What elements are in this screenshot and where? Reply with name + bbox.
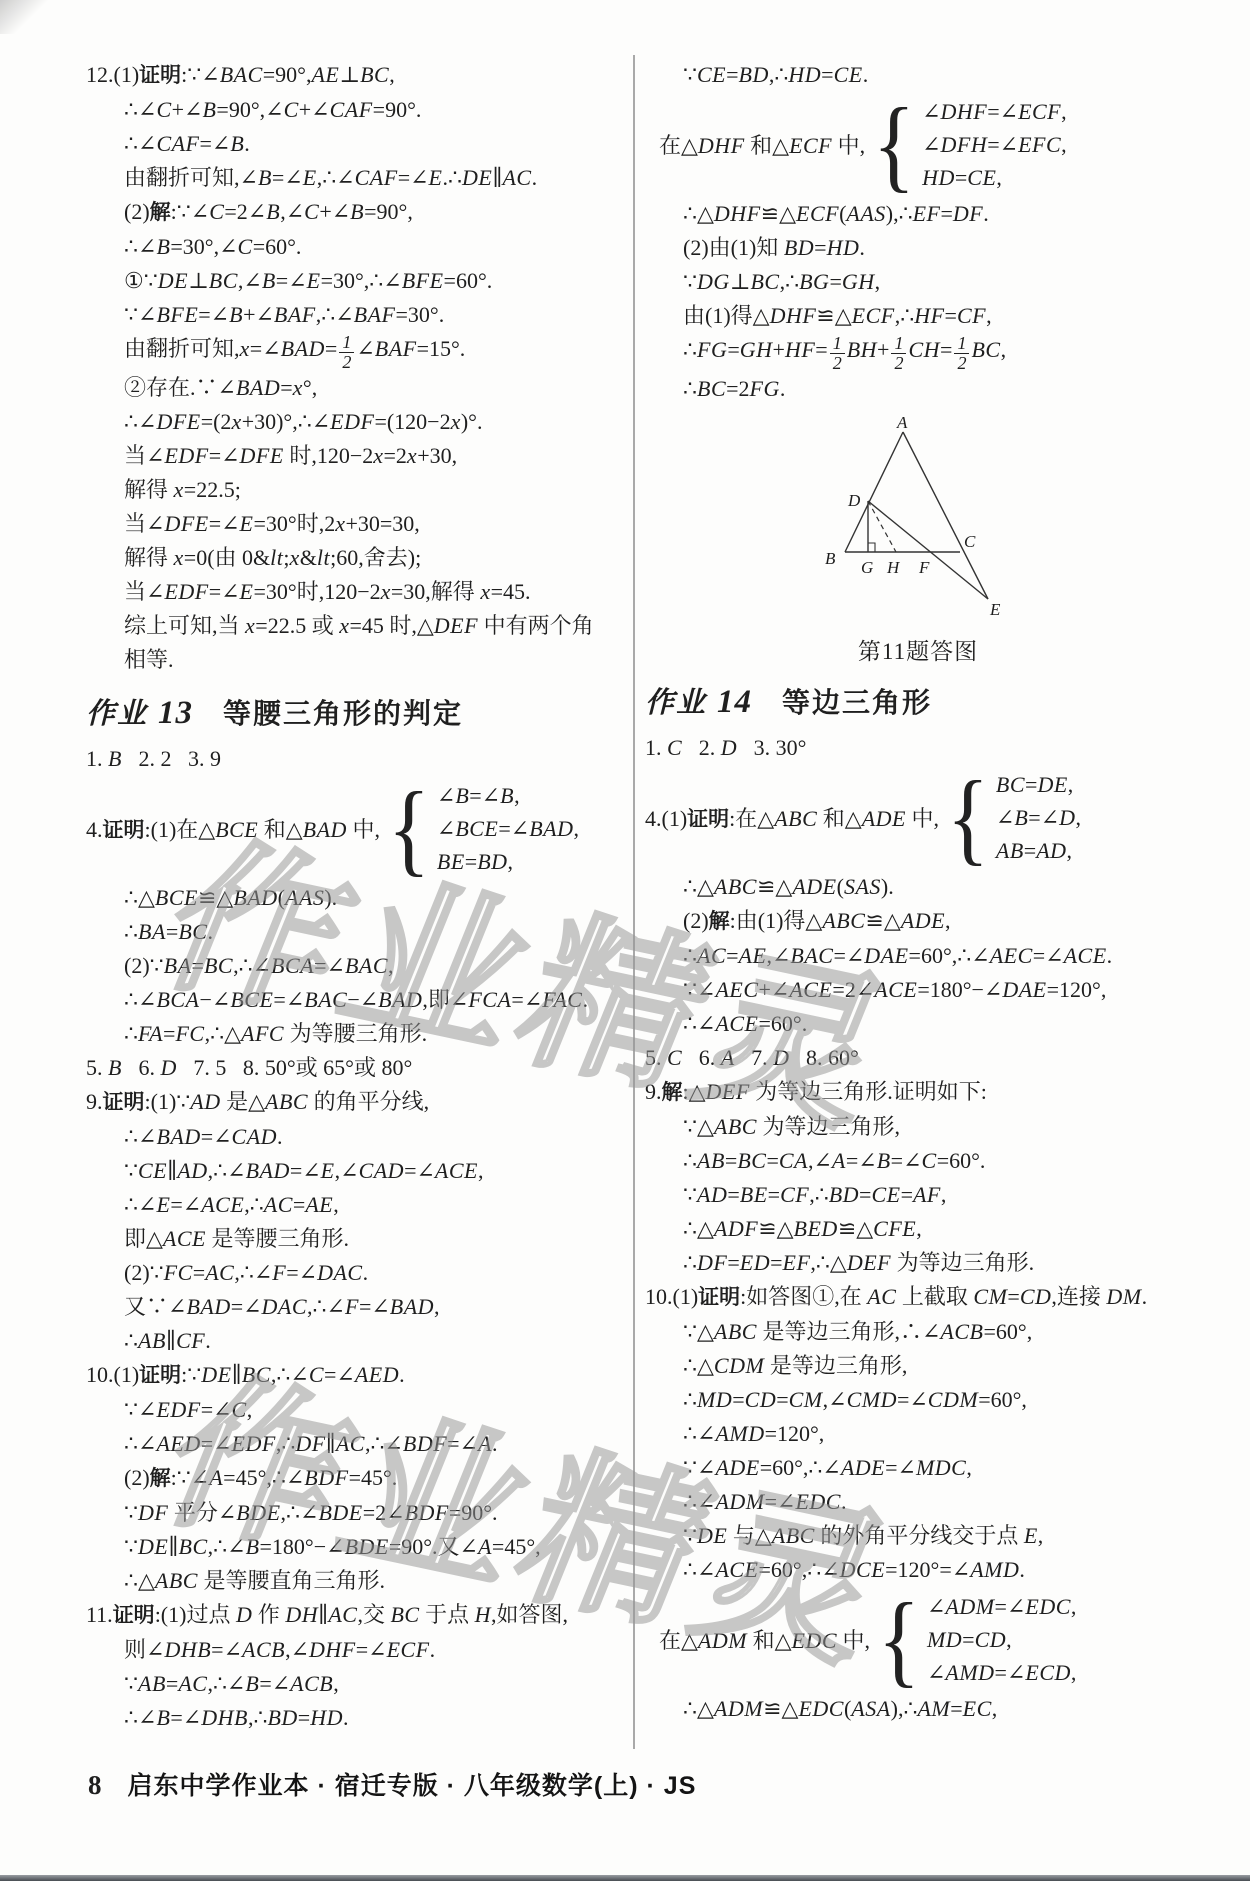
equation-system-intro: 4.(1)证明:在△ABC 和△ADE 中, bbox=[645, 802, 939, 833]
answer-line: ∴AC=AE,∠BAC=∠DAE=60°,∴∠AEC=∠ACE. bbox=[683, 939, 1235, 973]
answer-line: ∵AB=AC,∴∠B=∠ACB, bbox=[124, 1667, 566, 1701]
system-condition: ∠B=∠B, bbox=[437, 779, 579, 812]
answer-line: ∵DG⊥BC,∴BG=GH, bbox=[683, 265, 1235, 299]
answer-line: ∵△ABC 为等边三角形, bbox=[683, 1110, 1235, 1144]
system-condition: ∠DFH=∠EFC, bbox=[922, 128, 1067, 161]
right-angle-mark bbox=[868, 543, 875, 552]
system-condition: ∠B=∠D, bbox=[996, 801, 1081, 834]
section-title: 等边三角形 bbox=[782, 687, 932, 718]
section-number: 13 bbox=[158, 695, 193, 731]
answer-line: ∴∠AMD=120°, bbox=[683, 1417, 1235, 1451]
answer-line: 由(1)得△DHF≌△ECF,∴HF=CF, bbox=[683, 299, 1235, 333]
answer-line: 9.解:△DEF 为等边三角形.证明如下: bbox=[645, 1075, 1235, 1110]
answer-line: ∴∠AED=∠EDF,∴DF∥AC,∴∠BDF=∠A. bbox=[124, 1427, 566, 1461]
system-condition: MD=CD, bbox=[927, 1623, 1076, 1656]
right-column: ∵CE=BD,∴HD=CE.在△DHF 和△ECF 中,{∠DHF=∠ECF,∠… bbox=[645, 58, 1235, 1726]
answer-line: 综上可知,当 x=22.5 或 x=45 时,△DEF 中有两个角 bbox=[124, 609, 566, 643]
left-brace: { bbox=[878, 1593, 920, 1687]
equation-system: 4.(1)证明:在△ABC 和△ADE 中,{BC=DE,∠B=∠D,AB=AD… bbox=[645, 768, 1235, 867]
answer-line: 1. B 2. 2 3. 9 bbox=[86, 742, 566, 776]
answer-line: ∴BA=BC. bbox=[124, 915, 566, 949]
answer-line: ∵DE∥BC,∴∠B=180°−∠BDE=90°.又∠A=45°, bbox=[124, 1530, 566, 1564]
system-condition: BC=DE, bbox=[996, 768, 1081, 801]
figure-wrap: ABCDGHFE bbox=[823, 414, 1235, 631]
answer-line: ∴△ABC≌△ADE(SAS). bbox=[683, 870, 1235, 904]
left-brace: { bbox=[947, 771, 989, 865]
photo-corner-smudge bbox=[0, 0, 56, 34]
answer-line: 又∵∠BAD=∠DAC,∴∠F=∠BAD, bbox=[124, 1290, 566, 1324]
answer-line: ∴DF=ED=EF,∴△DEF 为等边三角形. bbox=[683, 1246, 1235, 1280]
vertex-label-B: B bbox=[825, 549, 836, 568]
footer-title: 启东中学作业本 · 宿迁专版 · 八年级数学(上) · JS bbox=[128, 1766, 697, 1802]
vertex-label-D: D bbox=[847, 491, 861, 510]
answer-line: 10.(1)证明:如答图①,在 AC 上截取 CM=CD,连接 DM. bbox=[645, 1280, 1235, 1315]
system-condition: ∠DHF=∠ECF, bbox=[922, 95, 1067, 128]
answer-line: 则∠DHB=∠ACB,∠DHF=∠ECF. bbox=[124, 1633, 566, 1667]
answer-line: ∴△BCE≌△BAD(AAS). bbox=[124, 881, 566, 915]
workbook-answer-page: 12.(1)证明:∵∠BAC=90°,AE⊥BC,∴∠C+∠B=90°,∠C+∠… bbox=[0, 0, 1250, 1881]
system-condition: ∠AMD=∠ECD, bbox=[927, 1656, 1076, 1689]
answer-line: ∴∠DFE=(2x+30)°,∴∠EDF=(120−2x)°. bbox=[124, 405, 566, 439]
page-number: 8 bbox=[88, 1770, 102, 1801]
system-conditions: ∠B=∠B,∠BCE=∠BAD,BE=BD, bbox=[437, 779, 579, 878]
equation-system: 4.证明:(1)在△BCE 和△BAD 中,{∠B=∠B,∠BCE=∠BAD,B… bbox=[86, 779, 566, 878]
answer-line: 由翻折可知,∠B=∠E,∴∠CAF=∠E.∴DE∥AC. bbox=[124, 161, 566, 195]
system-conditions: ∠ADM=∠EDC,MD=CD,∠AMD=∠ECD, bbox=[927, 1590, 1076, 1689]
equation-system-intro: 4.证明:(1)在△BCE 和△BAD 中, bbox=[86, 813, 380, 844]
answer-line: 即△ACE 是等腰三角形. bbox=[124, 1222, 566, 1256]
answer-line: 当∠EDF=∠E=30°时,120−2x=30,解得 x=45. bbox=[124, 575, 566, 609]
answer-line: (2)解:由(1)得△ABC≌△ADE, bbox=[683, 904, 1235, 939]
left-column: 12.(1)证明:∵∠BAC=90°,AE⊥BC,∴∠C+∠B=90°,∠C+∠… bbox=[86, 58, 566, 1735]
system-condition: ∠BCE=∠BAD, bbox=[437, 812, 579, 845]
equation-system: 在△DHF 和△ECF 中,{∠DHF=∠ECF,∠DFH=∠EFC,HD=CE… bbox=[659, 95, 1235, 194]
answer-line: ∴BC=2FG. bbox=[683, 372, 1235, 406]
vertex-label-A: A bbox=[896, 414, 908, 432]
answer-line: ∴∠B=∠DHB,∴BD=HD. bbox=[124, 1701, 566, 1735]
answer-line: 由翻折可知,x=∠BAD=12∠BAF=15°. bbox=[124, 332, 566, 371]
answer-line: ∴AB=BC=CA,∠A=∠B=∠C=60°. bbox=[683, 1144, 1235, 1178]
equation-system-intro: 在△ADM 和△EDC 中, bbox=[659, 1624, 870, 1655]
answer-line: ∵∠EDF=∠C, bbox=[124, 1393, 566, 1427]
section-header: 作业14等边三角形 bbox=[645, 680, 1235, 721]
vertex-label-C: C bbox=[964, 532, 976, 551]
answer-line: 11.证明:(1)过点 D 作 DH∥AC,交 BC 于点 H,如答图, bbox=[86, 1598, 566, 1633]
answer-line: ∴FG=GH+HF=12BH+12CH=12BC, bbox=[683, 333, 1235, 372]
system-conditions: BC=DE,∠B=∠D,AB=AD, bbox=[996, 768, 1081, 867]
page-footer: 8 启东中学作业本 · 宿迁专版 · 八年级数学(上) · JS bbox=[88, 1766, 696, 1802]
section-label: 作业 bbox=[86, 698, 148, 730]
answer-line: 当∠EDF=∠DFE 时,120−2x=2x+30, bbox=[124, 439, 566, 473]
left-brace: { bbox=[388, 782, 430, 876]
system-condition: BE=BD, bbox=[437, 845, 579, 878]
answer-line: 相等. bbox=[124, 643, 566, 677]
vertex-label-F: F bbox=[918, 558, 930, 577]
answer-line: ∵DE 与△ABC 的外角平分线交于点 E, bbox=[683, 1519, 1235, 1553]
vertex-label-E: E bbox=[989, 600, 1001, 619]
answer-line: 12.(1)证明:∵∠BAC=90°,AE⊥BC, bbox=[86, 58, 566, 93]
system-condition: ∠ADM=∠EDC, bbox=[927, 1590, 1076, 1623]
answer-line: ∴AB∥CF. bbox=[124, 1324, 566, 1358]
equation-system: 在△ADM 和△EDC 中,{∠ADM=∠EDC,MD=CD,∠AMD=∠ECD… bbox=[659, 1590, 1235, 1689]
answer-line: ∴MD=CD=CM,∠CMD=∠CDM=60°, bbox=[683, 1383, 1235, 1417]
answer-line: ∴FA=FC,∴△AFC 为等腰三角形. bbox=[124, 1017, 566, 1051]
system-condition: HD=CE, bbox=[922, 161, 1067, 194]
system-condition: AB=AD, bbox=[996, 834, 1081, 867]
answer-line: ∵AD=BE=CF,∴BD=CE=AF, bbox=[683, 1178, 1235, 1212]
answer-line: ∴∠E=∠ACE,∴AC=AE, bbox=[124, 1188, 566, 1222]
answer-line: ∴∠ACE=60°. bbox=[683, 1007, 1235, 1041]
section-header: 作业13等腰三角形的判定 bbox=[86, 691, 566, 732]
answer-line: ∴∠B=30°,∠C=60°. bbox=[124, 230, 566, 264]
fraction-one-half: 12 bbox=[339, 333, 354, 371]
answer-line: (2)由(1)知 BD=HD. bbox=[683, 231, 1235, 265]
answer-line: ∴∠CAF=∠B. bbox=[124, 127, 566, 161]
fraction-one-half: 12 bbox=[954, 334, 969, 372]
answer-line: 5. B 6. D 7. 5 8. 50°或 65°或 80° bbox=[86, 1051, 566, 1085]
photo-bottom-edge bbox=[0, 1875, 1250, 1881]
answer-line: ∴∠ADM=∠EDC. bbox=[683, 1485, 1235, 1519]
fraction-one-half: 12 bbox=[891, 334, 906, 372]
answer-line: ∵DF 平分∠BDE,∴∠BDE=2∠BDF=90°. bbox=[124, 1496, 566, 1530]
answer-line: (2)解:∵∠C=2∠B,∠C+∠B=90°, bbox=[124, 195, 566, 230]
column-divider bbox=[633, 55, 635, 1749]
answer-line: (2)解:∵∠A=45°,∴∠BDF=45°. bbox=[124, 1461, 566, 1496]
answer-line: ②存在.∵∠BAD=x°, bbox=[124, 371, 566, 405]
answer-line: ∴∠C+∠B=90°,∠C+∠CAF=90°. bbox=[124, 93, 566, 127]
answer-line: ∴∠ACE=60°,∴∠DCE=120°=∠AMD. bbox=[683, 1553, 1235, 1587]
answer-line: ∵CE=BD,∴HD=CE. bbox=[683, 58, 1235, 92]
answer-line: ∵CE∥AD,∴∠BAD=∠E,∠CAD=∠ACE, bbox=[124, 1154, 566, 1188]
answer-line: 1. C 2. D 3. 30° bbox=[645, 731, 1235, 765]
vertex-label-G: G bbox=[861, 558, 873, 577]
answer-line: ∴△DHF≌△ECF(AAS),∴EF=DF. bbox=[683, 197, 1235, 231]
answer-line: 5. C 6. A 7. D 8. 60° bbox=[645, 1041, 1235, 1075]
answer-line: ∴∠BAD=∠CAD. bbox=[124, 1120, 566, 1154]
answer-line: 解得 x=0(由 0&lt;x&lt;60,舍去); bbox=[124, 541, 566, 575]
vertex-label-H: H bbox=[886, 558, 901, 577]
fraction-one-half: 12 bbox=[830, 334, 845, 372]
section-label: 作业 bbox=[645, 687, 707, 719]
answer-line: ∴△ABC 是等腰直角三角形. bbox=[124, 1564, 566, 1598]
answer-line: 当∠DFE=∠E=30°时,2x+30=30, bbox=[124, 507, 566, 541]
answer-line: ∴△ADF≌△BED≌△CFE, bbox=[683, 1212, 1235, 1246]
answer-line: 9.证明:(1)∵AD 是△ABC 的角平分线, bbox=[86, 1085, 566, 1120]
left-brace: { bbox=[873, 98, 915, 192]
answer-figure-11: ABCDGHFE bbox=[823, 414, 1013, 626]
system-conditions: ∠DHF=∠ECF,∠DFH=∠EFC,HD=CE, bbox=[922, 95, 1067, 194]
answer-line: ∵∠ADE=60°,∴∠ADE=∠MDC, bbox=[683, 1451, 1235, 1485]
equation-system-intro: 在△DHF 和△ECF 中, bbox=[659, 129, 865, 160]
answer-line: ∵△ABC 是等边三角形,∴∠ACB=60°, bbox=[683, 1315, 1235, 1349]
answer-line: ∴△ADM≌△EDC(ASA),∴AM=EC, bbox=[683, 1692, 1235, 1726]
answer-line: ∵∠AEC+∠ACE=2∠ACE=180°−∠DAE=120°, bbox=[683, 973, 1235, 1007]
answer-line: 解得 x=22.5; bbox=[124, 473, 566, 507]
answer-line: (2)∵BA=BC,∴∠BCA=∠BAC, bbox=[124, 949, 566, 983]
answer-line: (2)∵FC=AC,∴∠F=∠DAC. bbox=[124, 1256, 566, 1290]
section-title: 等腰三角形的判定 bbox=[223, 698, 463, 729]
answer-line: 10.(1)证明:∵DE∥BC,∴∠C=∠AED. bbox=[86, 1358, 566, 1393]
answer-line: ∴∠BCA−∠BCE=∠BAC−∠BAD,即∠FCA=∠FAC. bbox=[124, 983, 566, 1017]
figure-caption: 第11题答图 bbox=[823, 633, 1013, 666]
answer-line: ∴△CDM 是等边三角形, bbox=[683, 1349, 1235, 1383]
section-number: 14 bbox=[717, 684, 752, 720]
dashed-segment-DH bbox=[868, 501, 896, 552]
answer-line: ∵∠BFE=∠B+∠BAF,∴∠BAF=30°. bbox=[124, 298, 566, 332]
answer-line: ①∵DE⊥BC,∠B=∠E=30°,∴∠BFE=60°. bbox=[124, 264, 566, 298]
